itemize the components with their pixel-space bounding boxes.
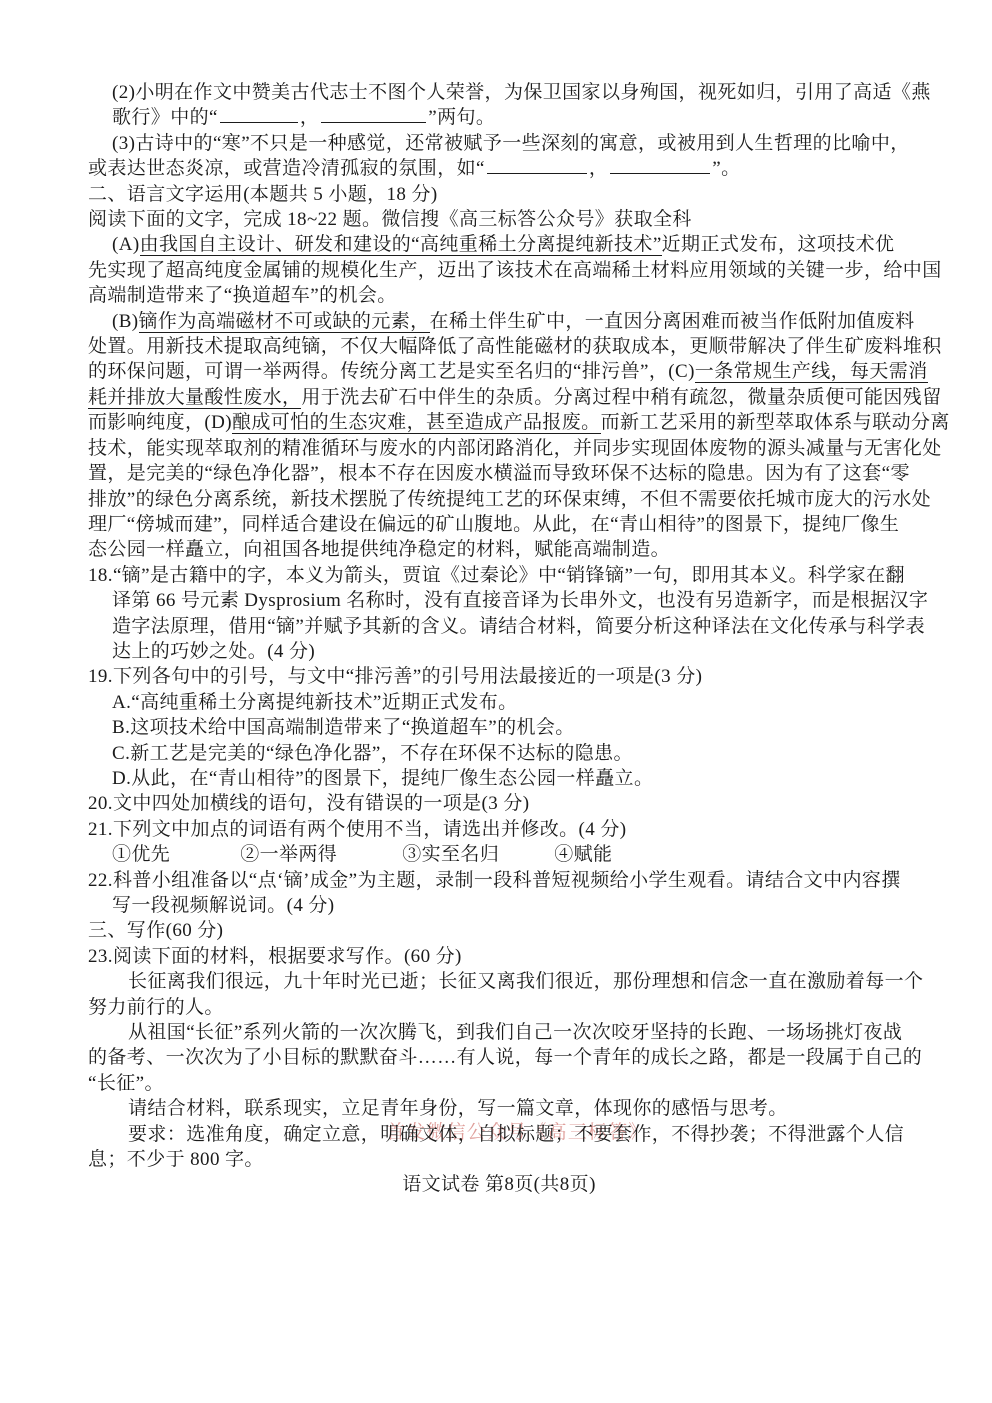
text-line: 23.阅读下面的材料，根据要求写作。(60 分) <box>88 944 910 969</box>
text-line: 的备考、一次次为了小目标的默默奋斗……有人说，每一个青年的成长之路，都是一段属于… <box>88 1045 910 1070</box>
text-segment: ③实至名归 <box>402 844 499 865</box>
text-segment: ②一举两得 <box>240 844 337 865</box>
text-line: 译第 66 号元素 Dysprosium 名称时，没有直接音译为长串外文，也没有… <box>88 588 910 613</box>
text-segment: 而影响纯度，(D) <box>88 412 232 433</box>
text-segment: 排放”的绿色分离系统，新技术摆脱了传统提纯工艺的环保束缚，不但不需要依托城市庞大… <box>88 489 931 510</box>
text-segment: ④赋能 <box>554 844 612 865</box>
text-segment: 高端制造带来了“换道超车”的机会。 <box>88 285 397 306</box>
text-line: 排放”的绿色分离系统，新技术摆脱了传统提纯工艺的环保束缚，不但不需要依托城市庞大… <box>88 487 910 512</box>
text-segment: (2)小明在作文中赞美古代志士不图个人荣誉，为保卫国家以身殉国，视死如归，引用了… <box>112 82 931 103</box>
text-segment: (A) <box>112 234 140 255</box>
text-segment: 而新工艺采用的新型萃取体系与联动分离 <box>601 412 950 433</box>
text-segment: 语文试卷 第8页(共8页) <box>402 1174 596 1195</box>
text-segment: “长征”。 <box>88 1073 164 1094</box>
text-segment: 达上的巧妙之处。(4 分) <box>112 641 315 662</box>
text-line: 先实现了超高纯度金属铺的规模化生产，迈出了该技术在高端稀土材料应用领域的关键一步… <box>88 258 910 283</box>
text-segment: ①优先 <box>112 844 170 865</box>
text-line: 阅读下面的文字，完成 18~22 题。微信搜《高三标答公众号》获取全科 <box>88 207 910 232</box>
text-segment: 的备考、一次次为了小目标的默默奋斗……有人说，每一个青年的成长之路，都是一段属于… <box>88 1047 922 1068</box>
spacer <box>170 859 240 860</box>
text-segment: 处置。用新技术提取高纯镝，不仅大幅降低了高性能磁材的获取成本，更顺带解决了伴生矿… <box>88 336 942 357</box>
underlined-text: 耗并排放大量酸性废水， <box>88 387 301 409</box>
text-line: 达上的巧妙之处。(4 分) <box>88 639 910 664</box>
underlined-text: 酿成可怕的生态灾难，甚至造成产品报废。 <box>232 412 601 434</box>
answer-blank <box>220 107 298 123</box>
text-segment: 译第 66 号元素 Dysprosium 名称时，没有直接音译为长串外文，也没有… <box>112 590 928 611</box>
text-line: (3)古诗中的“寒”不只是一种感觉，还常被赋予一些深刻的寓意，或被用到人生哲理的… <box>88 131 910 156</box>
answer-blank <box>610 158 710 174</box>
underlined-text: 镝作为高端磁材不可或缺的元素， <box>139 311 430 333</box>
text-segment: 二、语言文字运用(本题共 5 小题，18 分) <box>88 184 438 205</box>
text-segment: 息；不少于 800 字。 <box>88 1149 264 1170</box>
exam-page: 首发微信公众号《高三标答》 (2)小明在作文中赞美古代志士不图个人荣誉，为保卫国… <box>0 0 992 1403</box>
document-lines: (2)小明在作文中赞美古代志士不图个人荣誉，为保卫国家以身殉国，视死如归，引用了… <box>88 80 910 1198</box>
text-segment: 长征离我们很远，九十年时光已逝；长征又离我们很近，那份理想和信念一直在激励着每一… <box>128 971 923 992</box>
text-line: 歌行》中的“，”两句。 <box>88 105 910 130</box>
text-line: 努力前行的人。 <box>88 995 910 1020</box>
text-line: ①优先②一举两得③实至名归④赋能 <box>88 842 910 867</box>
text-line: 21.下列文中加点的词语有两个使用不当，请选出并修改。(4 分) <box>88 817 910 842</box>
text-line: 高端制造带来了“换道超车”的机会。 <box>88 283 910 308</box>
text-segment: (B) <box>112 311 139 332</box>
text-line: (2)小明在作文中赞美古代志士不图个人荣誉，为保卫国家以身殉国，视死如归，引用了… <box>88 80 910 105</box>
text-line: 长征离我们很远，九十年时光已逝；长征又离我们很近，那份理想和信念一直在激励着每一… <box>88 969 910 994</box>
text-segment: 20.文中四处加横线的语句，没有错误的一项是(3 分) <box>88 793 529 814</box>
text-segment: 写一段视频解说词。(4 分) <box>112 895 335 916</box>
text-segment: 从祖国“长征”系列火箭的一次次腾飞，到我们自己一次次咬牙坚持的长跑、一场场挑灯夜… <box>128 1022 902 1043</box>
text-line: 耗并排放大量酸性废水，用于洗去矿石中伴生的杂质。分离过程中稍有疏忽，微量杂质便可… <box>88 385 910 410</box>
text-segment: ”。 <box>712 158 740 179</box>
text-line: 从祖国“长征”系列火箭的一次次腾飞，到我们自己一次次咬牙坚持的长跑、一场场挑灯夜… <box>88 1020 910 1045</box>
spacer <box>337 859 402 860</box>
underlined-text: 一条常规生产线，每天需消 <box>695 361 928 383</box>
text-line: 技术，能实现萃取剂的精准循环与废水的内部闭路消化，并同步实现固体废物的源头减量与… <box>88 436 910 461</box>
text-line: 20.文中四处加横线的语句，没有错误的一项是(3 分) <box>88 791 910 816</box>
text-line: 请结合材料，联系现实，立足青年身份，写一篇文章，体现你的感悟与思考。 <box>88 1096 910 1121</box>
text-line: 态公园一样矗立，向祖国各地提供纯净稳定的材料，赋能高端制造。 <box>88 537 910 562</box>
text-segment: 技术，能实现萃取剂的精准循环与废水的内部闭路消化，并同步实现固体废物的源头减量与… <box>88 438 942 459</box>
text-segment: ”两句。 <box>428 107 495 128</box>
text-line: B.这项技术给中国高端制造带来了“换道超车”的机会。 <box>88 715 910 740</box>
text-segment: ， <box>589 158 608 179</box>
text-segment: D.从此，在“青山相待”的图景下，提纯厂像生态公园一样矗立。 <box>112 768 653 789</box>
answer-blank <box>321 107 426 123</box>
text-segment: 要求：选准角度，确定立意，明确文体，自拟标题；不要套作，不得抄袭；不得泄露个人信 <box>128 1124 904 1145</box>
text-segment: 置，是完美的“绿色净化器”，根本不存在因废水横溢而导致环保不达标的隐患。因为有了… <box>88 463 910 484</box>
text-segment: 或表达世态炎凉，或营造冷清孤寂的氛围，如“ <box>88 158 485 179</box>
text-line: (A)由我国自主设计、研发和建设的“高纯重稀土分离提纯新技术”近期正式发布，这项… <box>88 232 910 257</box>
answer-blank <box>487 158 587 174</box>
text-line: 理厂“傍城而建”，同样适合建设在偏远的矿山腹地。从此，在“青山相待”的图景下，提… <box>88 512 910 537</box>
text-segment: 先实现了超高纯度金属铺的规模化生产，迈出了该技术在高端稀土材料应用领域的关键一步… <box>88 260 942 281</box>
text-line: 的环保问题，可谓一举两得。传统分离工艺是实至名归的“排污兽”，(C)一条常规生产… <box>88 359 910 384</box>
text-segment: 请结合材料，联系现实，立足青年身份，写一篇文章，体现你的感悟与思考。 <box>128 1098 788 1119</box>
text-segment: 造字法原理，借用“镝”并赋予其新的含义。请结合材料，简要分析这种译法在文化传承与… <box>112 616 925 637</box>
text-line: A.“高纯重稀土分离提纯新技术”近期正式发布。 <box>88 690 910 715</box>
text-segment: A.“高纯重稀土分离提纯新技术”近期正式发布。 <box>112 692 518 713</box>
text-segment: 态公园一样矗立，向祖国各地提供纯净稳定的材料，赋能高端制造。 <box>88 539 670 560</box>
text-segment: 用于洗去矿石中伴生的杂质。分离过程中稍有疏忽，微量杂质便可能因残留 <box>301 387 941 408</box>
text-segment: 歌行》中的“ <box>112 107 218 128</box>
text-line: D.从此，在“青山相待”的图景下，提纯厂像生态公园一样矗立。 <box>88 766 910 791</box>
spacer <box>499 859 554 860</box>
text-line: 19.下列各句中的引号，与文中“排污善”的引号用法最接近的一项是(3 分) <box>88 664 910 689</box>
text-line: 22.科普小组准备以“点‘镝’成金”为主题，录制一段科普短视频给小学生观看。请结… <box>88 868 910 893</box>
text-segment: 19.下列各句中的引号，与文中“排污善”的引号用法最接近的一项是(3 分) <box>88 666 702 687</box>
text-line: (B)镝作为高端磁材不可或缺的元素，在稀土伴生矿中，一直因分离困难而被当作低附加… <box>88 309 910 334</box>
text-segment: (3)古诗中的“寒”不只是一种感觉，还常被赋予一些深刻的寓意，或被用到人生哲理的… <box>112 133 910 154</box>
text-line: 或表达世态炎凉，或营造冷清孤寂的氛围，如“，”。 <box>88 156 910 181</box>
text-line: 三、写作(60 分) <box>88 918 910 943</box>
text-segment: 的环保问题，可谓一举两得。传统分离工艺是实至名归的“排污兽”，(C) <box>88 361 695 382</box>
text-segment: 21.下列文中加点的词语有两个使用不当，请选出并修改。(4 分) <box>88 819 626 840</box>
text-segment: 23.阅读下面的材料，根据要求写作。(60 分) <box>88 946 462 967</box>
text-segment: ， <box>300 107 319 128</box>
text-segment: 三、写作(60 分) <box>88 920 223 941</box>
text-segment: 努力前行的人。 <box>88 997 224 1018</box>
text-line: 18.“镝”是古籍中的字，本义为箭头，贾谊《过秦论》中“销锋镝”一句，即用其本义… <box>88 563 910 588</box>
text-line: “长征”。 <box>88 1071 910 1096</box>
page-footer: 语文试卷 第8页(共8页) <box>88 1172 910 1197</box>
text-segment: 18.“镝”是古籍中的字，本义为箭头，贾谊《过秦论》中“销锋镝”一句，即用其本义… <box>88 565 905 586</box>
text-segment: 在稀土伴生矿中，一直因分离困难而被当作低附加值废料 <box>430 311 915 332</box>
text-line: C.新工艺是完美的“绿色净化器”，不存在环保不达标的隐患。 <box>88 741 910 766</box>
text-line: 息；不少于 800 字。 <box>88 1147 910 1172</box>
text-line: 写一段视频解说词。(4 分) <box>88 893 910 918</box>
text-line: 置，是完美的“绿色净化器”，根本不存在因废水横溢而导致环保不达标的隐患。因为有了… <box>88 461 910 486</box>
text-line: 要求：选准角度，确定立意，明确文体，自拟标题；不要套作，不得抄袭；不得泄露个人信 <box>88 1122 910 1147</box>
text-line: 处置。用新技术提取高纯镝，不仅大幅降低了高性能磁材的获取成本，更顺带解决了伴生矿… <box>88 334 910 359</box>
text-line: 造字法原理，借用“镝”并赋予其新的含义。请结合材料，简要分析这种译法在文化传承与… <box>88 614 910 639</box>
text-segment: C.新工艺是完美的“绿色净化器”，不存在环保不达标的隐患。 <box>112 743 633 764</box>
text-segment: 22.科普小组准备以“点‘镝’成金”为主题，录制一段科普短视频给小学生观看。请结… <box>88 870 901 891</box>
text-segment: 阅读下面的文字，完成 18~22 题。微信搜《高三标答公众号》获取全科 <box>88 209 692 230</box>
text-line: 而影响纯度，(D)酿成可怕的生态灾难，甚至造成产品报废。而新工艺采用的新型萃取体… <box>88 410 910 435</box>
text-line: 二、语言文字运用(本题共 5 小题，18 分) <box>88 182 910 207</box>
text-segment: 理厂“傍城而建”，同样适合建设在偏远的矿山腹地。从此，在“青山相待”的图景下，提… <box>88 514 899 535</box>
underlined-text: 由我国自主设计、研发和建设的“高纯重稀土分离提纯新技术” <box>140 234 662 256</box>
text-segment: 近期正式发布，这项技术优 <box>662 234 895 255</box>
text-segment: B.这项技术给中国高端制造带来了“换道超车”的机会。 <box>112 717 575 738</box>
